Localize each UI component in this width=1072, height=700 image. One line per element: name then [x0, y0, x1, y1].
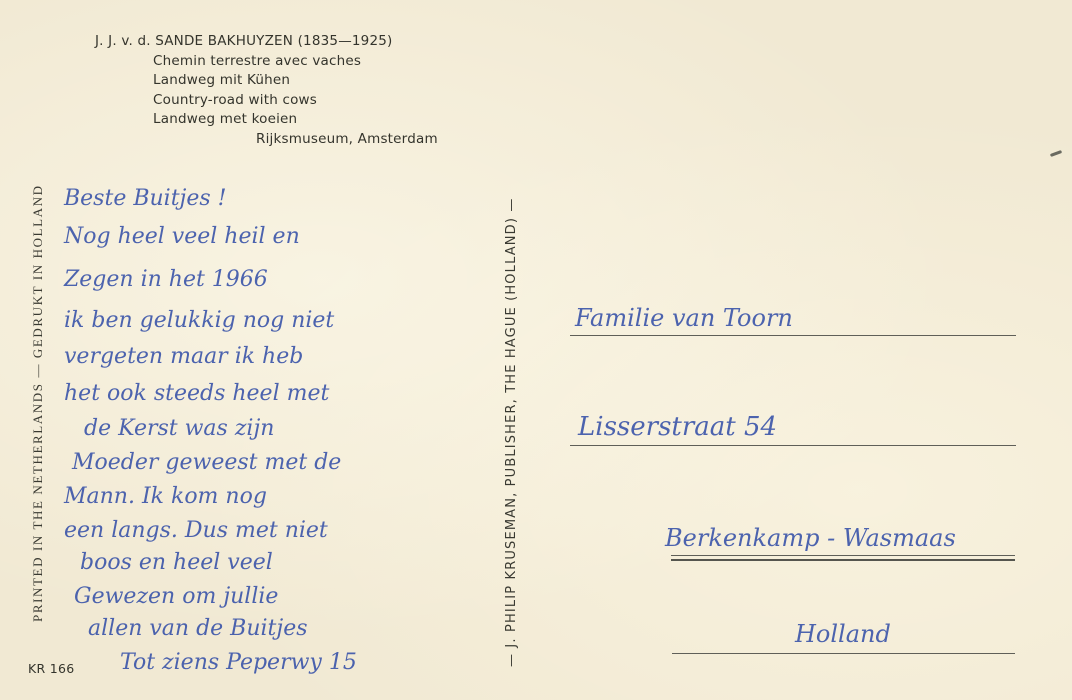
message-line: Gewezen om jullie [74, 584, 278, 609]
address-rule-2 [570, 445, 1016, 446]
message-line: Nog heel veel heil en [64, 224, 300, 249]
message-line: Mann. Ik kom nog [64, 484, 267, 509]
address-street: Lisserstraat 54 [578, 412, 777, 442]
message-line: vergeten maar ik heb [64, 344, 303, 369]
card-code: KR 166 [28, 661, 75, 676]
artist-name: J. J. v. d. SANDE BAKHUYZEN (1835—1925) [95, 32, 438, 52]
publisher-divider-text: — J. PHILIP KRUSEMAN, PUBLISHER, THE HAG… [504, 198, 519, 668]
message-line: boos en heel veel [80, 550, 273, 575]
address-rule-1 [570, 335, 1016, 336]
message-line: het ook steeds heel met [64, 381, 329, 406]
address-recipient: Familie van Toorn [575, 304, 793, 332]
message-line: een langs. Dus met niet [64, 518, 328, 543]
address-rule-4 [672, 653, 1015, 654]
title-french: Chemin terrestre avec vaches [95, 52, 438, 72]
message-line: Moeder geweest met de [72, 450, 341, 475]
paper-mark [1050, 150, 1062, 157]
address-city: Berkenkamp - Wasmaas [665, 524, 956, 552]
title-dutch: Landweg met koeien [95, 110, 438, 130]
title-german: Landweg mit Kühen [95, 71, 438, 91]
postcard-back: J. J. v. d. SANDE BAKHUYZEN (1835—1925) … [0, 0, 1072, 700]
message-line: allen van de Buitjes [88, 616, 308, 641]
museum-credit: Rijksmuseum, Amsterdam [95, 130, 438, 150]
message-signoff: Tot ziens Peperwy 15 [120, 650, 357, 675]
message-line: Zegen in het 1966 [64, 267, 268, 292]
artwork-caption: J. J. v. d. SANDE BAKHUYZEN (1835—1925) … [95, 32, 438, 149]
printer-note: PRINTED IN THE NETHERLANDS — GEDRUKT IN … [30, 184, 46, 622]
message-line: Beste Buitjes ! [64, 186, 227, 211]
address-country: Holland [795, 620, 891, 648]
message-line: ik ben gelukkig nog niet [64, 308, 334, 333]
message-line: de Kerst was zijn [84, 416, 274, 441]
address-rule-3-double [671, 555, 1015, 556]
title-english: Country-road with cows [95, 91, 438, 111]
